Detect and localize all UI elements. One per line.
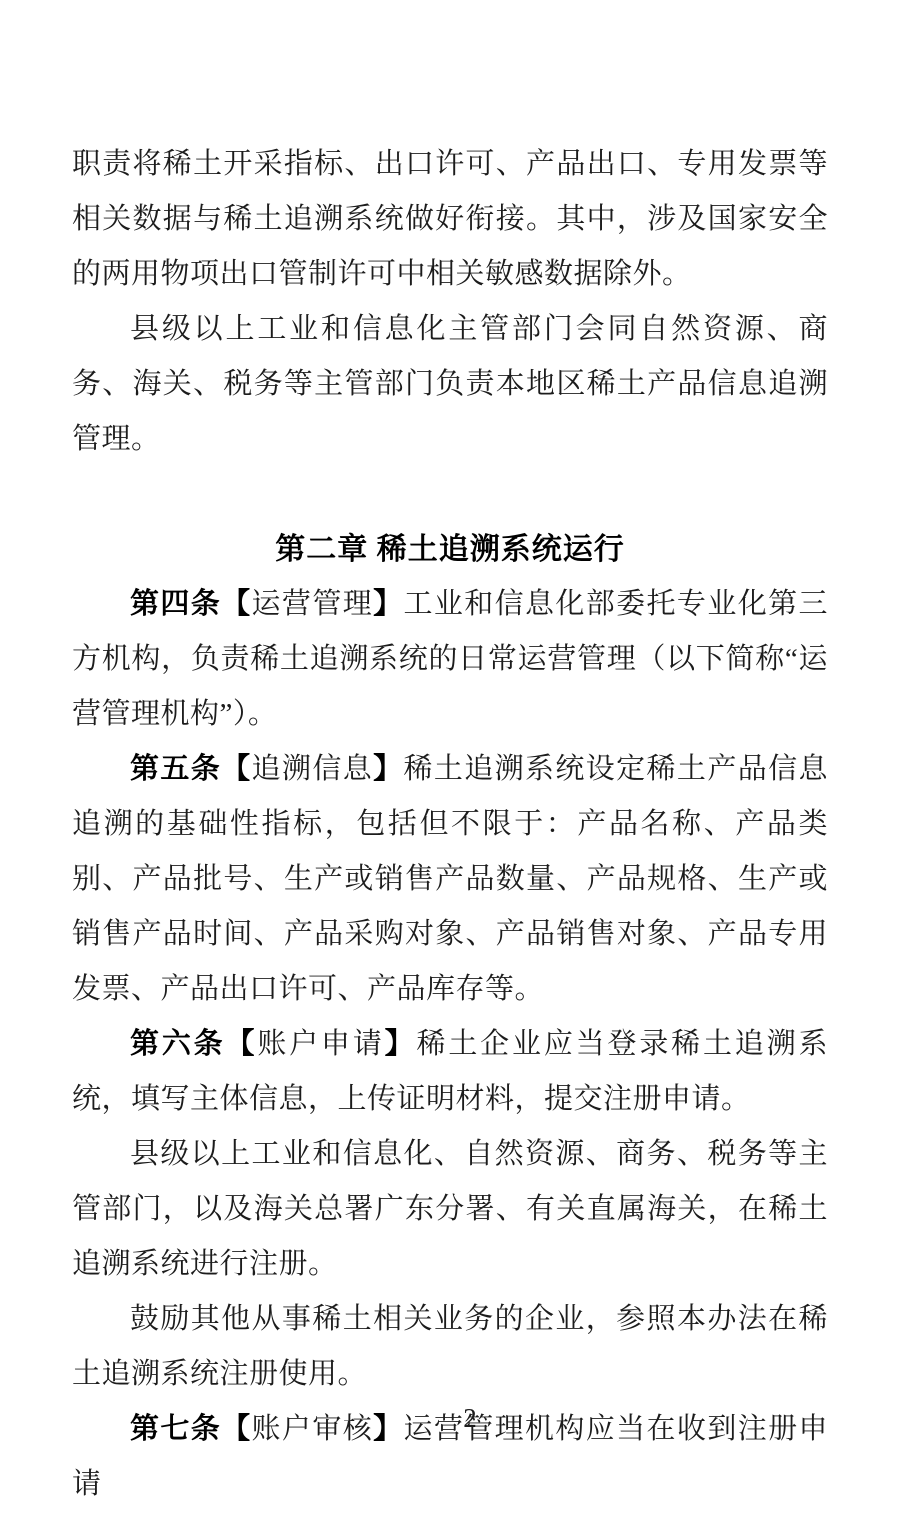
body-text: 县级以上工业和信息化、自然资源、商务、税务等主管部门，以及海关总署广东分署、有关… (72, 1138, 828, 1280)
document-page: 职责将稀土开采指标、出口许可、产品出口、专用发票等相关数据与稀土追溯系统做好衔接… (0, 0, 900, 1527)
article-paragraph: 第四条【运营管理】工业和信息化部委托专业化第三方机构，负责稀土追溯系统的日常运营… (72, 577, 828, 742)
article-number: 】 (385, 1028, 417, 1060)
article-number: 第六条【 (130, 1028, 257, 1060)
article-number: 】 (373, 753, 403, 785)
page-footer: 2 (40, 1398, 900, 1438)
body-text: 县级以上工业和信息化主管部门会同自然资源、商务、海关、税务等主管部门负责本地区稀… (72, 313, 828, 455)
article-number: 第四条【 (130, 588, 252, 620)
body-text: 稀土追溯系统设定稀土产品信息追溯的基础性指标，包括但不限于：产品名称、产品类别、… (72, 753, 828, 1005)
page-number: 2 (463, 1403, 477, 1433)
article-number: 第五条【 (130, 753, 252, 785)
body-paragraph: 鼓励其他从事稀土相关业务的企业，参照本办法在稀土追溯系统注册使用。 (72, 1292, 828, 1402)
article-subject: 追溯信息 (252, 753, 374, 785)
body-text: 职责将稀土开采指标、出口许可、产品出口、专用发票等相关数据与稀土追溯系统做好衔接… (72, 148, 828, 290)
body-paragraph: 县级以上工业和信息化主管部门会同自然资源、商务、海关、税务等主管部门负责本地区稀… (72, 302, 828, 467)
article-paragraph: 第五条【追溯信息】稀土追溯系统设定稀土产品信息追溯的基础性指标，包括但不限于：产… (72, 742, 828, 1017)
article-number: 】 (373, 588, 403, 620)
body-paragraph: 县级以上工业和信息化、自然资源、商务、税务等主管部门，以及海关总署广东分署、有关… (72, 1127, 828, 1292)
article-subject: 账户申请 (257, 1028, 384, 1060)
article-subject: 运营管理 (252, 588, 374, 620)
body-paragraph: 职责将稀土开采指标、出口许可、产品出口、专用发票等相关数据与稀土追溯系统做好衔接… (72, 137, 828, 302)
article-paragraph: 第六条【账户申请】稀土企业应当登录稀土追溯系统，填写主体信息，上传证明材料，提交… (72, 1017, 828, 1127)
document-content: 职责将稀土开采指标、出口许可、产品出口、专用发票等相关数据与稀土追溯系统做好衔接… (0, 0, 900, 1512)
body-text: 鼓励其他从事稀土相关业务的企业，参照本办法在稀土追溯系统注册使用。 (72, 1303, 828, 1390)
chapter-heading: 第二章 稀土追溯系统运行 (72, 522, 828, 577)
